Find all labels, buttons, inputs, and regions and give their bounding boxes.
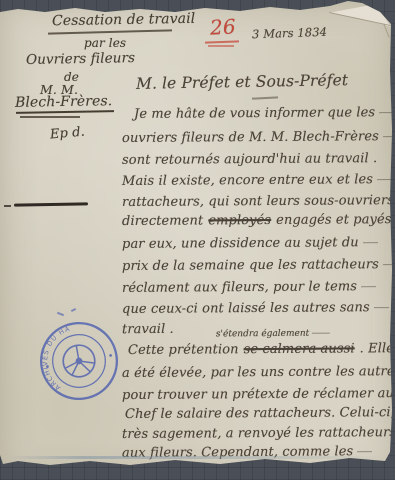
body-line: Mais il existe, encore entre eux et les — [122, 172, 392, 189]
body-line: prix de la semaine que les rattacheurs — [122, 257, 395, 274]
document-page: Cessation de travail par les Ouvriers fi… — [0, 0, 395, 480]
body-line: rattacheurs, qui sont leurs sous-ouvrier… — [122, 193, 395, 210]
body-line: pour trouver un prétexte de réclamer au — [122, 386, 395, 403]
folio-number: 26 — [209, 14, 236, 39]
paraph-note: Ep d. — [49, 125, 85, 143]
stamp-dot — [109, 354, 112, 357]
struck-phrase: se calmera aussi — [244, 341, 355, 357]
margin-note-line: Ouvriers fileurs — [26, 50, 135, 68]
margin-stroke — [4, 205, 11, 207]
body-line: que ceux-ci ont laissé les autres sans — [122, 300, 389, 317]
blue-ink-mark — [71, 308, 76, 312]
blue-ink-mark — [57, 312, 64, 316]
document-date: 3 Mars 1834 — [252, 25, 327, 42]
scan-background: Cessation de travail par les Ouvriers fi… — [0, 0, 395, 480]
body-line: sont retournés aujourd'hui au travail . — [122, 151, 381, 168]
body-line: travail . — [122, 322, 178, 337]
firm-name-underline — [20, 116, 80, 118]
salutation-flourish — [252, 96, 278, 99]
margin-note-firm-name: Blech-Frères. — [15, 93, 113, 111]
folio-underline — [205, 40, 239, 43]
svg-text:ARCHIVES DU HAUT-RHIN: ARCHIVES DU HAUT-RHIN — [32, 315, 82, 395]
body-line: Chef le salaire des rattacheurs. Celui-c… — [125, 405, 395, 422]
body-text: directement — [122, 213, 203, 229]
body-line: s'étendra égalementCette prétentionse ca… — [128, 341, 395, 358]
page-edge-shadow — [8, 456, 385, 459]
interline-correction: s'étendra également — [216, 329, 330, 340]
margin-title-underline — [48, 29, 172, 34]
body-line: par eux, une dissidence au sujet du — [122, 235, 378, 252]
archive-stamp: ARCHIVES DU HAUT-RHIN — [32, 314, 127, 409]
corner-fold — [328, 2, 392, 30]
body-text: Cette prétention — [128, 342, 239, 358]
stamp-label: ARCHIVES DU HAUT-RHIN — [32, 315, 82, 395]
body-line: réclament aux fileurs, pour le tems — [122, 279, 376, 296]
body-text: . Elle — [360, 341, 394, 356]
folio-underline — [208, 45, 234, 47]
body-line: a été élevée, par les uns contre les aut… — [122, 364, 395, 381]
wheel-icon — [61, 343, 98, 380]
margin-note-title: Cessation de travail — [52, 11, 196, 29]
body-line: très sagement, a renvoyé les rattacheurs — [122, 425, 395, 442]
margin-stroke — [14, 202, 88, 206]
struck-word: employés — [208, 213, 271, 228]
firm-name-underline — [16, 110, 114, 114]
margin-note-line: par les — [84, 36, 126, 50]
salutation: M. le Préfet et Sous-Préfet — [136, 71, 348, 93]
body-line: ouvriers fileurs de M. M. Blech-Frères — [122, 129, 395, 146]
body-text: engagés et payés — [276, 212, 391, 228]
body-line: Je me hâte de vous informer que les — [134, 105, 394, 122]
body-line: directementemployésengagés et payés — [122, 212, 395, 229]
